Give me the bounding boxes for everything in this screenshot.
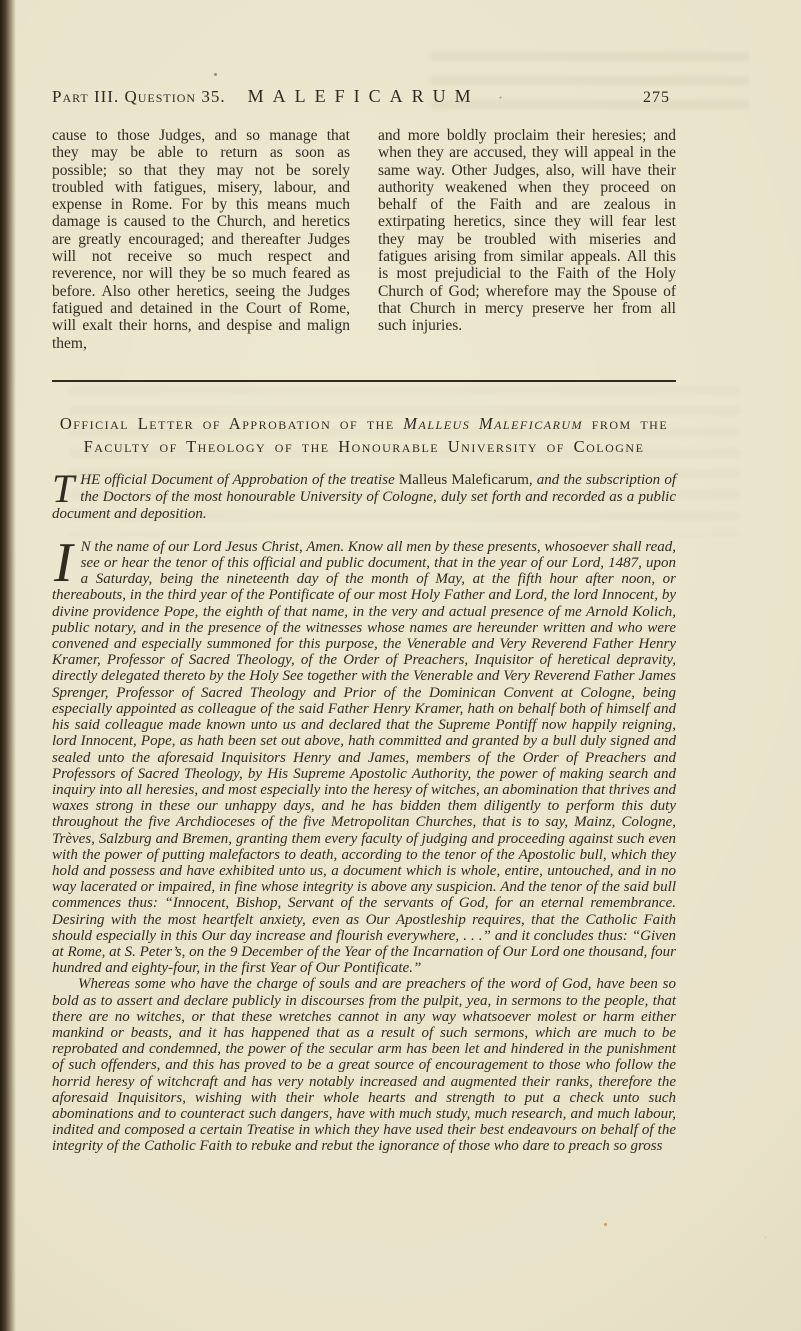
left-column-paragraph: cause to those Judges, and so manage tha…: [52, 127, 350, 352]
heading-line1-pre: Official Letter of Approbation of the: [60, 414, 403, 433]
running-header-left: Part III. Question 35.MALEFICARUM: [52, 86, 480, 107]
page-number: 275: [643, 89, 670, 107]
heading-line1: Official Letter of Approbation of the Ma…: [60, 414, 668, 433]
letter-paragraph-1-text: the name of our Lord Jesus Christ, Amen.…: [52, 539, 676, 976]
intro-text-before-title: official Document of Approbation of the …: [100, 472, 399, 488]
heading-work-title: Malleus Maleficarum: [403, 414, 583, 433]
running-header: Part III. Question 35.MALEFICARUM 275: [52, 0, 676, 107]
page-content: Part III. Question 35.MALEFICARUM 275 ca…: [52, 0, 676, 1155]
book-page: Part III. Question 35.MALEFICARUM 275 ca…: [0, 0, 801, 1331]
intro-paragraph: THE official Document of Approbation of …: [52, 472, 676, 523]
intro-lead: HE: [80, 472, 100, 488]
letter-paragraph-2: Whereas some who have the charge of soul…: [52, 976, 676, 1154]
section-heading: Official Letter of Approbation of the Ma…: [52, 412, 676, 458]
approbation-letter: IN the name of our Lord Jesus Christ, Am…: [52, 539, 676, 1155]
drop-cap-T: T: [52, 472, 80, 504]
section-divider-rule: [52, 380, 676, 382]
intro-work-title-roman: Malleus Maleficarum: [399, 472, 529, 488]
drop-cap-I: I: [52, 539, 81, 584]
letter-paragraph-1: IN the name of our Lord Jesus Christ, Am…: [52, 539, 676, 976]
part-question-label: Part III. Question 35.: [52, 87, 226, 107]
two-column-text: cause to those Judges, and so manage tha…: [52, 127, 676, 352]
right-column-paragraph: and more boldly proclaim their heresies;…: [378, 127, 676, 352]
heading-line2: Faculty of Theology of the Honourable Un…: [84, 437, 645, 456]
letter-lead: N: [81, 539, 91, 555]
page-left-edge-shadow: [0, 0, 16, 1331]
book-title: MALEFICARUM: [248, 86, 480, 107]
heading-line1-post: from the: [583, 414, 668, 433]
